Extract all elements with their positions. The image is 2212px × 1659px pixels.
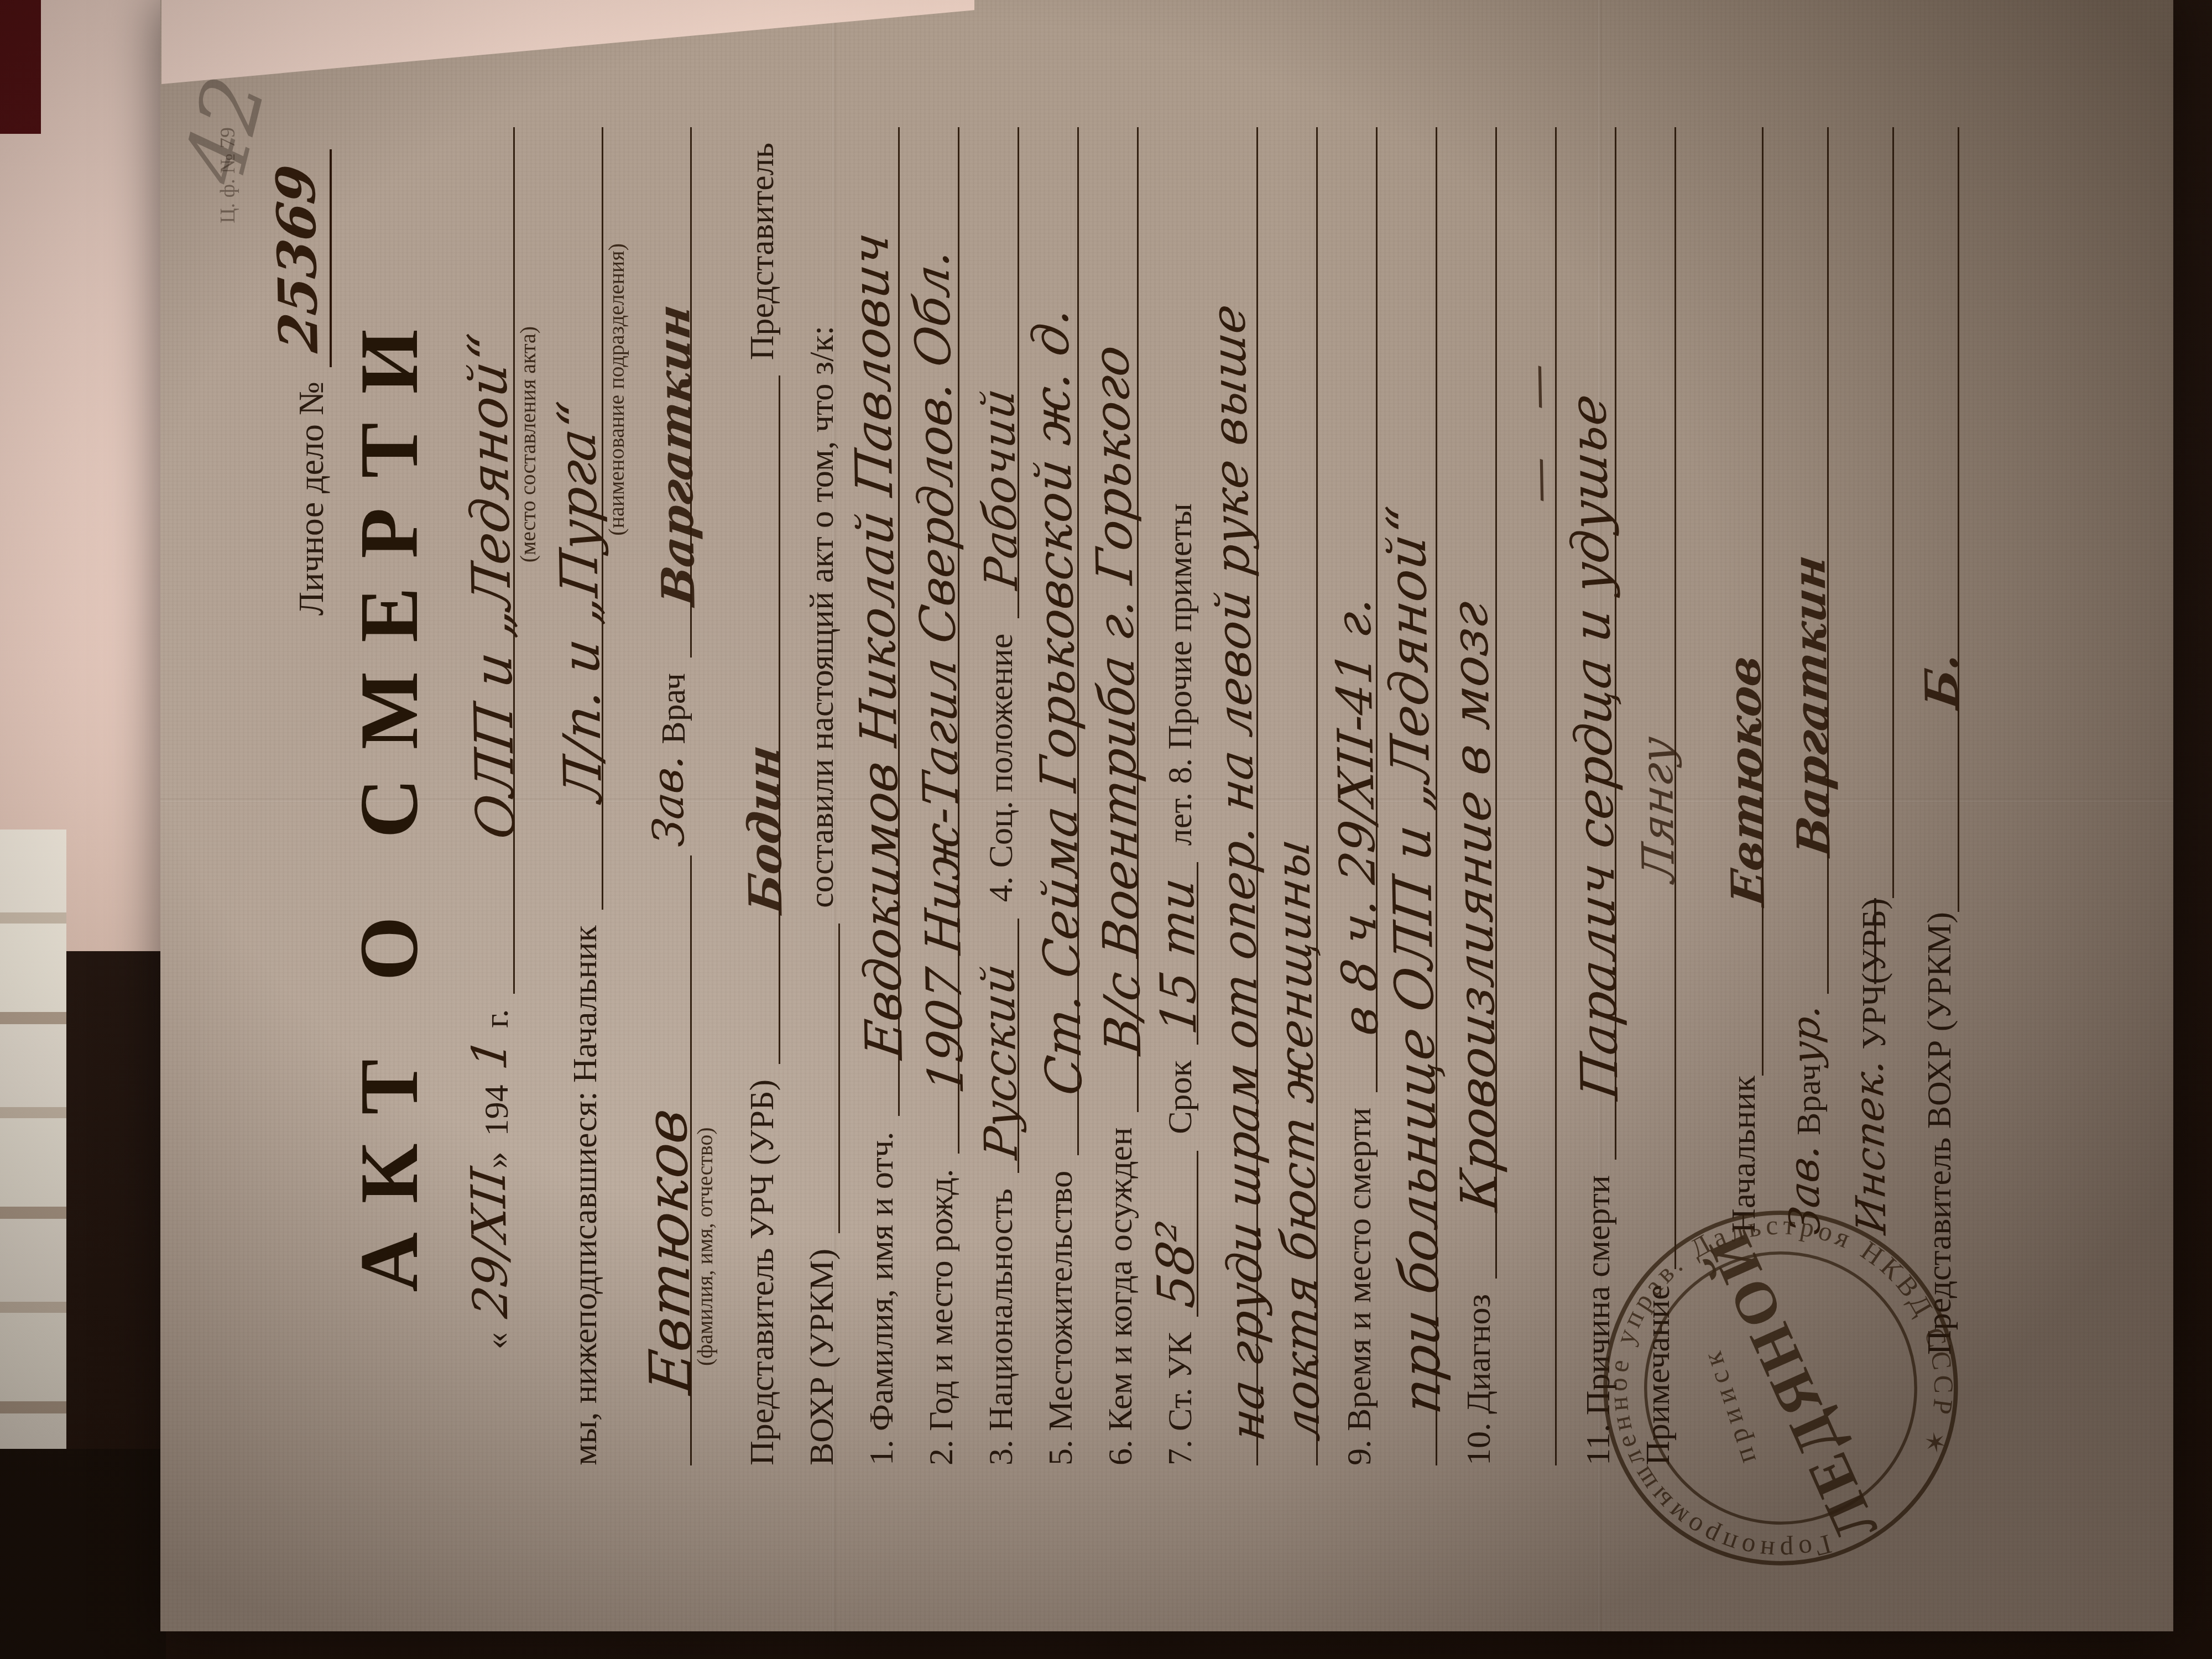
year-suffix: г.	[479, 994, 515, 1039]
primety-blank-1: на груди шрам от опер. на левой руке выш…	[1217, 127, 1258, 1465]
field-3-label: 3. Национальность	[983, 1173, 1019, 1465]
field-4-label: 4. Соц. положение	[983, 618, 1019, 919]
srok-blank: 15 ти	[1157, 862, 1198, 1045]
field-1-blank: Евдокимов Николай Павлович	[858, 127, 900, 1116]
signature-vrach-blank: Варгаткин	[1787, 127, 1829, 994]
unit-blank: Л/п. и „Пурга“	[562, 127, 603, 910]
background-maroon-corner	[0, 0, 41, 134]
field-10-empty-rule: — —	[1497, 127, 1557, 1465]
vrach-signature: Варгаткин	[650, 302, 703, 608]
field-10-dashes: — —	[1512, 343, 1563, 505]
names-line: Евтюков Зав. Врач Варгаткин	[632, 127, 692, 1465]
field-2-blank: 1907 Ниж-Тагил Свердлов. Обл.	[918, 127, 959, 1154]
place-handwritten: ОЛП и „Ледяной“	[460, 331, 524, 842]
vohr-line: ВОХР (УРКМ) составили настоящий акт о то…	[780, 127, 840, 1465]
photo-of-death-certificate: 42 Ц. ф. № 79 Личное дело № 25369 АКТ О …	[0, 0, 2212, 1659]
field-9: 9. Время и место смерти в 8 ч. 29/XII-41…	[1318, 127, 1378, 1465]
unit-handwritten: Л/п. и „Пурга“	[550, 399, 612, 805]
signature-urch-blank	[1853, 127, 1894, 898]
signature-chief: Начальник Евтюков	[1698, 127, 1764, 1233]
place-blank: ОЛП и „Ледяной“	[473, 127, 515, 994]
remark-value: Лянгу	[1634, 734, 1683, 885]
predstavitel-label: Представитель	[744, 127, 780, 375]
vrach-label: Врач	[656, 658, 692, 744]
close-quote: »	[479, 1136, 515, 1168]
signature-urch: Инспек. УРЧ (УРБ)	[1829, 127, 1894, 1233]
form-code: Ц. ф. № 79	[216, 127, 249, 1465]
background-pink-sheet	[0, 0, 161, 951]
field-2: 2. Год и место рожд. 1907 Ниж-Тагил Свер…	[900, 127, 959, 1465]
primety-blank-2: локтя бюст женщины	[1276, 127, 1318, 1465]
field-10: 10. Диагноз Кровоизлияние в мозг	[1437, 127, 1497, 1465]
field-6-label: 6. Кем и когда осужден	[1103, 1112, 1139, 1465]
primety-line-1: на груди шрам от опер. на левой руке выш…	[1198, 127, 1258, 1465]
field-9-continued: при больнице ОЛП и „Ледяной“	[1378, 127, 1437, 1465]
background-paper-stack	[0, 830, 66, 1449]
signature-vrach: Зав. Врач ур. Варгаткин	[1764, 127, 1829, 1233]
field-9-blank: в 8 ч. 29/XII-41 г.	[1336, 127, 1378, 1092]
death-certificate-document: 42 Ц. ф. № 79 Личное дело № 25369 АКТ О …	[160, 0, 2173, 1631]
signature-urch-label-struck: (УРБ)	[1855, 898, 1894, 984]
preamble-intro: мы, нижеподписавшиеся: Начальник	[567, 910, 603, 1465]
signature-vohr-value: Б.	[1915, 650, 1969, 712]
vohr-blank	[799, 924, 840, 1233]
year-printed: 194	[479, 1069, 515, 1136]
chief-name-handwritten: Евтюков	[636, 1104, 701, 1397]
signature-vohr-blank: Б.	[1918, 127, 1959, 912]
srok-value: 15 ти	[1151, 875, 1204, 1038]
urch-label: Представитель УРЧ (УРБ)	[744, 1064, 780, 1465]
field-3-4: 3. Национальность Русский 4. Соц. положе…	[959, 127, 1019, 1465]
field-1-label: 1. Фамилия, имя и отч.	[864, 1116, 900, 1465]
field-6-blank: В/с Воентриба г. Горького	[1097, 127, 1139, 1112]
case-file-number: 25369	[266, 149, 332, 367]
let-label: лет. 8. Прочие приметы	[1162, 488, 1198, 862]
background-dark-corner	[0, 1449, 166, 1659]
urch-line: Представитель УРЧ (УРБ) Бодин Представит…	[721, 127, 780, 1465]
field-5: 5. Местожительство Ст. Сейма Горьковской…	[1019, 127, 1079, 1465]
field-7-8: 7. Ст. УК 58² Срок 15 ти лет. 8. Прочие …	[1139, 127, 1198, 1465]
field-4-value: Рабочий	[975, 386, 1026, 592]
field-4-blank: Рабочий	[978, 127, 1019, 618]
field-7-blank: 58²	[1157, 1151, 1198, 1317]
field-10-blank: Кровоизлияние в мозг	[1455, 127, 1497, 1279]
signature-vohr: Представитель ВОХР (УРКМ) Б.	[1894, 127, 1959, 1355]
chief-name-blank: Евтюков	[650, 855, 692, 1465]
urch-blank: Бодин	[739, 375, 780, 1064]
field-6: 6. Кем и когда осужден В/с Воентриба г. …	[1079, 127, 1139, 1465]
field-7-value: 58²	[1149, 1218, 1204, 1311]
signature-urch-label: УРЧ	[1855, 984, 1894, 1050]
preamble-line: мы, нижеподписавшиеся: Начальник Л/п. и …	[544, 127, 603, 1465]
date-place-line: « 29/XII » 194 1 г. ОЛП и „Ледяной“	[455, 127, 515, 1349]
vrach-name-blank: Варгаткин	[650, 127, 692, 658]
zav-handwritten: Зав.	[646, 751, 693, 849]
field-10-label: 10. Диагноз	[1461, 1279, 1497, 1465]
sostavili-label: составили настоящий акт о том, что з/к:	[804, 310, 840, 924]
case-file-line: Личное дело № 25369	[249, 127, 332, 1465]
document-title: АКТ О СМЕРТИ	[332, 127, 455, 1465]
field-3-blank: Русский	[978, 919, 1019, 1173]
signature-vrach-label: Врач	[1790, 1064, 1829, 1135]
field-7-label: 7. Ст. УК	[1162, 1317, 1198, 1465]
field-2-label: 2. Год и место рожд.	[924, 1154, 959, 1465]
field-5-label: 5. Местожительство	[1043, 1155, 1079, 1465]
field-10-blank-2: — —	[1515, 127, 1557, 1465]
date-handwritten: 29/XII	[463, 1165, 516, 1321]
field-5-blank: Ст. Сейма Горьковской ж. д.	[1037, 127, 1079, 1155]
signature-vrach-after: ур.	[1783, 1001, 1829, 1068]
vohr-label: ВОХР (УРКМ)	[804, 1233, 840, 1465]
primety-line-2: локтя бюст женщины	[1258, 127, 1318, 1465]
case-file-number-value: 25369	[264, 161, 330, 356]
signature-chief-blank: Евтюков	[1722, 127, 1764, 1076]
srok-label: Срок	[1162, 1045, 1198, 1150]
year-handwritten: 1	[465, 1035, 515, 1073]
open-quote: «	[479, 1317, 515, 1349]
field-3-value: Русский	[975, 961, 1026, 1161]
case-file-label: Личное дело №	[291, 382, 332, 615]
remark-blank: Лянгу	[1635, 127, 1676, 1269]
field-9-blank-2: при больнице ОЛП и „Ледяной“	[1396, 127, 1437, 1465]
field-1: 1. Фамилия, имя и отч. Евдокимов Николай…	[840, 127, 900, 1465]
field-9-label: 9. Время и место смерти	[1342, 1092, 1378, 1465]
field-11-blank: Паралич сердца и удушье	[1575, 127, 1616, 1160]
